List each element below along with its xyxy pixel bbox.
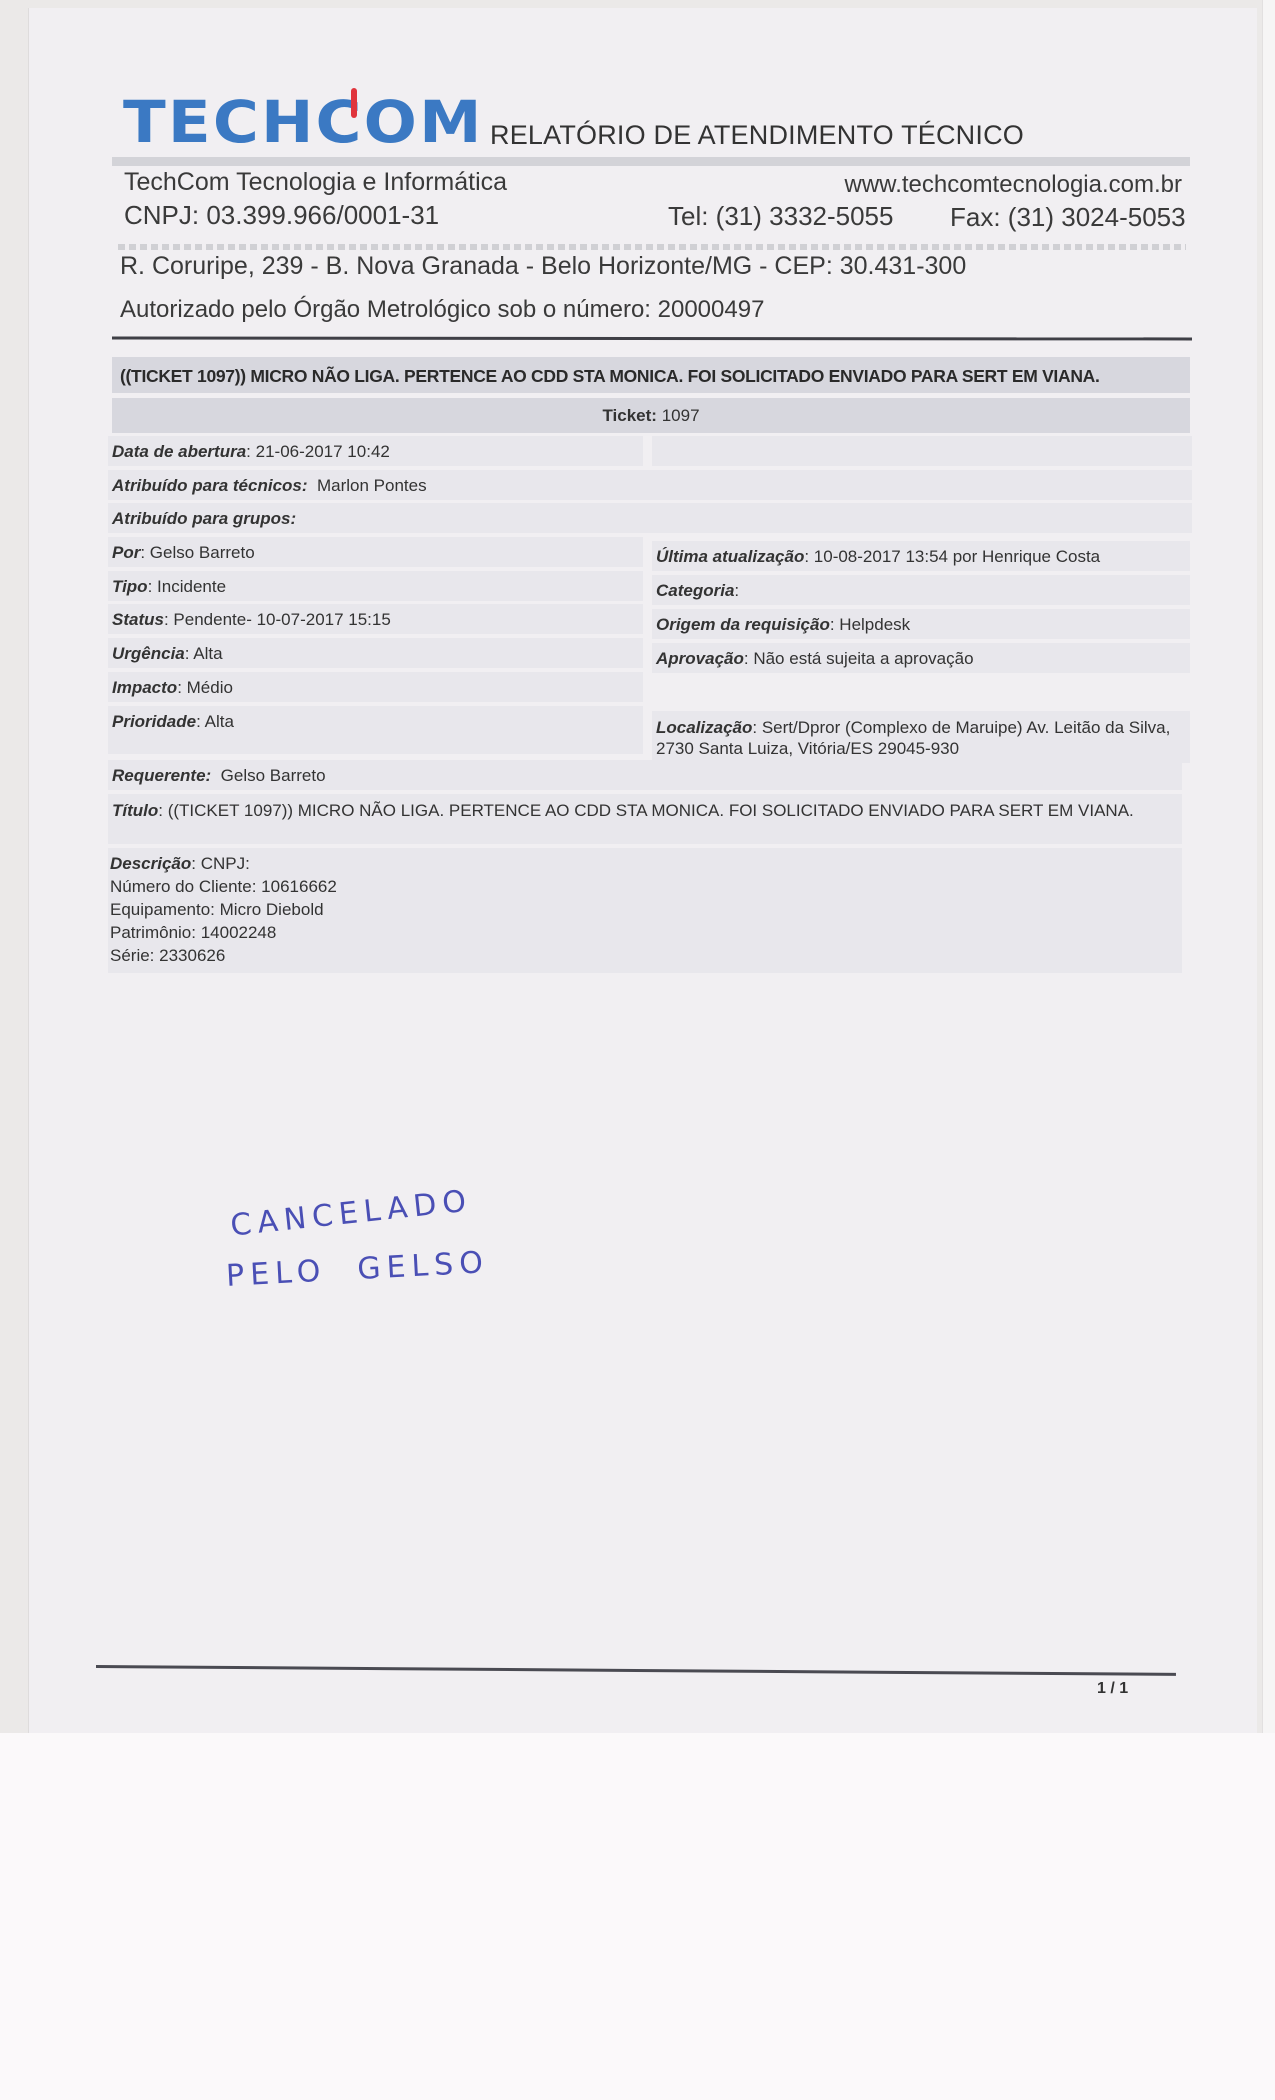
dotted-divider [118,244,1186,250]
field-approval: Aprovação: Não está sujeita a aprovação [652,643,1190,673]
company-address: R. Coruripe, 239 - B. Nova Granada - Bel… [120,252,966,281]
description-line: Número do Cliente: 10616662 [110,875,337,898]
techcom-logo: TECHCOM [123,92,457,152]
field-status: Status: Pendente- 10-07-2017 15:15 [108,604,643,634]
company-website: www.techcomtecnologia.com.br [845,171,1182,199]
company-cnpj: CNPJ: 03.399.966/0001-31 [124,200,439,231]
authorization-note: Autorizado pelo Órgão Metrológico sob o … [120,296,764,324]
field-impact: Impacto: Médio [108,672,643,702]
field-urgency: Urgência: Alta [108,638,643,668]
field-assigned-groups: Atribuído para grupos: [108,503,1192,533]
field-by: Por: Gelso Barreto [108,537,643,567]
power-icon [351,88,357,118]
field-location: Localização: Sert/Dpror (Complexo de Mar… [652,711,1190,763]
field-requester: Requerente: Gelso Barreto [108,760,1182,790]
field-title: Título: ((TICKET 1097)) MICRO NÃO LIGA. … [108,794,1182,844]
field-last-update: Última atualização: 10-08-2017 13:54 por… [652,541,1190,571]
empty-cell [652,436,1192,466]
description-line: Patrimônio: 14002248 [110,921,337,944]
report-title: RELATÓRIO DE ATENDIMENTO TÉCNICO [490,120,1024,151]
company-name: TechCom Tecnologia e Informática [124,168,507,197]
ticket-number-bar: Ticket: 1097 [112,398,1190,433]
field-request-origin: Origem da requisição: Helpdesk [652,609,1190,639]
description-line: Série: 2330626 [110,944,337,967]
field-category: Categoria: [652,575,1190,605]
page-number: 1 / 1 [1097,1680,1128,1698]
field-priority: Prioridade: Alta [108,706,643,754]
company-phone: Tel: (31) 3332-5055 [668,201,893,232]
ticket-headline: ((TICKET 1097)) MICRO NÃO LIGA. PERTENCE… [112,357,1190,393]
ticket-number: 1097 [662,406,700,425]
page-edge [1262,0,1275,1733]
field-assigned-technicians: Atribuído para técnicos: Marlon Pontes [108,470,1192,500]
company-fax: Fax: (31) 3024-5053 [950,202,1186,233]
header-band [112,157,1190,166]
field-type: Tipo: Incidente [108,571,643,601]
description-line: Equipamento: Micro Diebold [110,898,337,921]
field-description: Descrição: CNPJ: Número do Cliente: 1061… [108,848,1182,973]
ticket-label: Ticket: [602,406,657,425]
field-opening-date: Data de abertura: 21-06-2017 10:42 [108,436,643,466]
